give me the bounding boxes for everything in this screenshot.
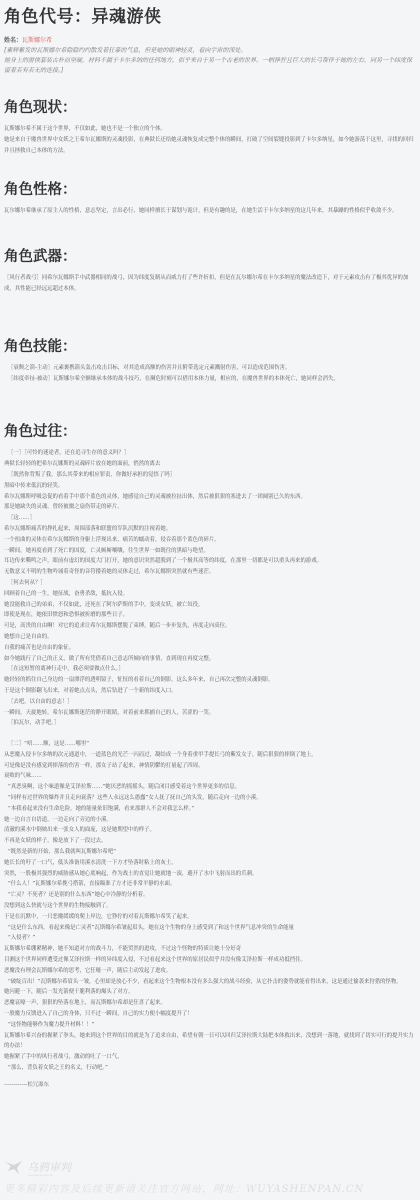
paragraph: 回顾着自己的一生，她征战，奋勇杀敌，抵抗入侵。	[4, 589, 416, 600]
paragraph: 一个扭曲的灵体在希尔瓦娜斯的身躯上浮现出来，痛苦的蠕动着，侵吞着那个蓝色的碎片。	[4, 535, 416, 546]
intro-line: [素辉紫发的瓦斯娜尔希隐隐约约散发着狂暴的气息，但是她的眼神轻灵，看向宇宙的深处…	[4, 46, 416, 56]
section-status: 角色现状： 瓦斯娜尔希不属于这个世界，不仅如此，她也不是一个独立的个体。 她是来…	[4, 98, 416, 156]
paragraph: “这是什么东西，看起来像是亡灵者”瓦斯娜尔希皱起眉头，她在这个生物的身上感受到了…	[4, 923, 416, 934]
paragraph: ［一］［可怜的迷途者，还在追寻生存的意义吗？］	[4, 448, 416, 459]
paragraph: 一瞬间，她再度看到了死亡的国度，亡灵厮厮嚷嚷，往生世界一如既往的黑暗与绝望。	[4, 546, 416, 557]
paragraph: ［纬度牵扯-被动］瓦斯娜尔希全额继承本体的战斗技巧，在濒危时刻可以借用本体力量，…	[4, 374, 416, 385]
paragraph: 那是她缺失的灵魂，曾经被噩之扇伤带走的碎片。	[4, 502, 416, 513]
paragraph: 瓦斯娜尔希不属于这个世界，不仅如此，她也不是一个独立的个体。	[4, 124, 416, 135]
paragraph: 于是这个倒影翻飞出来，对着她点点头，然后钻进了一个新的纬度入口。	[4, 686, 416, 697]
paragraph: 一股魔力反馈进入了自己的身体，只不过一瞬间，自己的实力便小幅度提升了！	[4, 1009, 416, 1020]
paragraph: 清澈的溪水中倒映出来一张女人的面庞，这是她期望中的样子。	[4, 825, 416, 836]
paragraph: “同样有过世界的爆炸并且走向衰落？这些人永远这么愚蠢”女人抚了抚自己的头发，随后…	[4, 793, 416, 804]
paragraph: 瓦斯娜尔希兴奋的握紧了拳头，她来到这个世界的目的就是为了追求自由，希望有朝一日可…	[4, 1031, 416, 1053]
paragraph: 黑暗中传来低沉的轻笑。	[4, 481, 416, 492]
section-title: 角色武器：	[4, 247, 416, 267]
paragraph: ［衰颓之箭-主动］元素裹携箭头轰击攻击目标，对其造成高额的伤害并且附带选定元素溅…	[4, 363, 416, 374]
section-past: 角色过往： ［一］［可怜的迷途者，还在追寻生存的意义吗？］ 典狱长轻轻的把希尔瓦…	[4, 422, 416, 1089]
paragraph: 瓦尔娜尔希继承了原主人的性格，意志坚定，言出必行，她同样擅长于谋划与诡计，但是有…	[4, 206, 416, 217]
paragraph: 她轻轻的抓住自己身边的一扇漂浮的透明镜子，怔怔的看着自己的倒影，这么多年来，自己…	[4, 675, 416, 686]
paragraph: “本我看起来没有生命危险，她的能量依旧饱满，看来那群人不会对我怎么样。”	[4, 804, 416, 815]
section-title: 角色过往：	[4, 422, 416, 442]
section-weapon: 角色武器： ［风行者战弓］同希尔瓦娜斯手中武器相同的战弓，因为纬度复制从而威力打…	[4, 247, 416, 295]
paragraph: 于是在沉默中，一只恶魔缓缓的爬上岸边，它狰狞的对着瓦斯娜尔希笑了起来。	[4, 912, 416, 923]
watermark-logo-subtext: wuyashenpan.cn	[28, 1173, 404, 1177]
section-skills: 角色技能： ［衰颓之箭-主动］元素裹携箭头轰击攻击目标，对其造成高额的伤害并且附…	[4, 337, 416, 385]
paragraph: ［既然你背叛了我，那么其带来的相应罪责，你做好承担的觉悟了吗］	[4, 470, 416, 481]
paragraph: “什么人！”瓦斯娜尔希挽弓搭箭，直接瞄准了方才还非常平静的水面。	[4, 879, 416, 890]
paragraph: ［去吧，以自由的意志！］	[4, 697, 416, 708]
paragraph: 希尔瓦娜斯痛苦的挣扎起来，周围部落和联盟的军队沉默的注视着她。	[4, 524, 416, 535]
page-title: 角色代号：异魂游侠	[4, 6, 416, 28]
paragraph: 从恶魔入侵卡尔多纳的次元通道中，一道蓝色的光芒一闪而过，凝结成一个身着重甲手提长…	[4, 750, 416, 761]
paragraph: 她没能救自己的弟弟，不仅如此，还死在了阿尔萨斯的手中，变成女妖，被亡奴役。	[4, 600, 416, 611]
paragraph: “破绽百出！”瓦斯娜尔希眉头一皱，心里却是放心不少，看起来这个生物根本没有多么强…	[4, 977, 416, 988]
blank-line	[4, 729, 416, 739]
paragraph: 希尔瓦娜斯呼吸急促的看着手中那个蓝色的灵体，她感觉自己的灵魂被拉扯出体，然后被狠…	[4, 492, 416, 503]
watermark-text: 更多精彩内容及后续更新请关注官方网站，网址：WUYASHENPAN.CN	[4, 1180, 404, 1195]
paragraph: 她想自己是自由的。	[4, 632, 416, 643]
author-signature: ------------松冗瀑东	[4, 1080, 416, 1090]
past-story: ［一］［可怜的迷途者，还在追寻生存的意义吗？］ 典狱长轻轻的把希尔瓦娜斯的灵魂碎…	[4, 448, 416, 1073]
paragraph: ［这……］	[4, 513, 416, 524]
paragraph: 如今她践行了自己的正义，做了所有凭借着自己意志所倾向的事情，直到现在再度完整。	[4, 654, 416, 665]
paragraph: 耳边传来嘶鸣之声，眼前有虚幻的国度大门打开，她的意识突然超脱到了一个极其高等的纬…	[4, 556, 416, 567]
section-title: 角色技能：	[4, 337, 416, 357]
paragraph: 可是，高贵的自由啊！对它的追求让希尔瓦娜斯摆脱了束缚，随后一步步复仇，再度走向高…	[4, 621, 416, 632]
paragraph: 一瞬间，天旋地转，希尔瓦娜斯迷茫的睁开眼睛，对着前来抓捕自己的人，苦涩的一笑。	[4, 708, 416, 719]
document-page: 角色代号：异魂游侠 姓名：瓦斯娜尔希 [素辉紫发的瓦斯娜尔希隐隐约约散发着狂暴的…	[0, 0, 420, 1090]
paragraph: 她是来自于魔兽世界中女妖之王希尔瓦娜斯的灵魂投影，在典狱长还给她灵魂恢复成完整个…	[4, 135, 416, 157]
paragraph: “这怪物能够作为魔力提升材料！！”	[4, 1020, 416, 1031]
paragraph: 无数意义不明的生物吟诵着奇怪的音符搂着她的灵体走过，希尔瓦娜斯突然就有些迷茫。	[4, 567, 416, 578]
name-line: 姓名：瓦斯娜尔希	[4, 36, 416, 45]
paragraph: 她一边自言自语道，一边走向了旁边的小溪。	[4, 815, 416, 826]
paragraph: ［在这短暂的离神行走中，我必须要做点什么。］	[4, 664, 416, 675]
paragraph: ［二］“唔……额，这是……哪里”	[4, 739, 416, 750]
intro-line: 她身上的游侠套装古朴而坚硬，材料不属于卡尔多纳的任何地方，似乎来自于另一个古老的…	[4, 56, 416, 76]
paragraph: 她握紧了手中的风行者战弓，激动的吐了一口气。	[4, 1052, 416, 1063]
paragraph: 自我的痛苦也是自由的象征。	[4, 643, 416, 654]
paragraph: 瓦斯娜尔希绷紧精神，她不知道对方的战斗力，不能贸然的进攻，不过这个怪物的特质让她…	[4, 944, 416, 955]
paragraph: 她闪避一下，随后一发光箭便干脆利落的爆头了对方。	[4, 987, 416, 998]
paragraph: 可是像是没有感觉到摔落的伤害一样，那女子站了起来，神情阴鬱的打量起了四周。	[4, 761, 416, 772]
paragraph: 典狱长轻轻的把希尔瓦娜斯的灵魂碎片放在她的面前，悄然的离去	[4, 459, 416, 470]
name-value: 瓦斯娜尔希	[22, 37, 52, 44]
section-title: 角色性格：	[4, 180, 416, 200]
paragraph: 即使是现在，她依旧愤怒和恐惧被折磨的那些日子。	[4, 610, 416, 621]
paragraph: “那么，背负着女妖之王的名义，行动吧。”	[4, 1063, 416, 1074]
section-title: 角色现状：	[4, 98, 416, 118]
paragraph: 突然，一股极其强烈的威胁感从她心底响起，作为战士的直觉让她就地一滚，避开了水中飞…	[4, 869, 416, 880]
paragraph: ［伯瓦尔，动手吧。］	[4, 718, 416, 729]
watermark: 乌鸦审判 wuyashenpan.cn 更多精彩内容及后续更新请关注官方网站，网…	[4, 1158, 404, 1195]
paragraph: ［风行者战弓］同希尔瓦娜斯手中武器相同的战弓，因为纬度复制从而威力打了些许折扣，…	[4, 273, 416, 295]
paragraph: “亡灵？不死者？还是别的什么东西”她心中冷静的分析着。	[4, 890, 416, 901]
paragraph: 恶魔没有理会瓦斯娜尔希的思考，它狂嚎一声，随后主动发起了进攻。	[4, 966, 416, 977]
paragraph: 不再是女妖的样子，像是放下了一段过去。	[4, 836, 416, 847]
crow-icon	[4, 1159, 24, 1175]
paragraph: 没想到这么快就与这个世界的生物接触到了。	[4, 901, 416, 912]
paragraph: ［何去何从？］	[4, 578, 416, 589]
paragraph: 她长长的吁了一口气，低头准备用溪水清洗一下方才坠落时粘上的灰土。	[4, 858, 416, 869]
paragraph: “入侵者？”	[4, 933, 416, 944]
paragraph: 恶魔哀嚎一声，狠狠的坠落在地上，而瓦斯娜尔希却是狂喜了起来。	[4, 998, 416, 1009]
paragraph: “既然是新的开始，那么我就叫瓦斯娜尔希吧”	[4, 847, 416, 858]
paragraph: 衰败的气味……	[4, 771, 416, 782]
paragraph: “真恶臭啊，这个味道像是艾泽拉斯……”她厌恶的摇摇头，随后闭目感受着这个世界更多…	[4, 782, 416, 793]
name-label: 姓名：	[4, 37, 22, 44]
section-personality: 角色性格： 瓦尔娜尔希继承了原主人的性格，意志坚定，言出必行，她同样擅长于谋划与…	[4, 180, 416, 217]
paragraph: 目测这个世界同样遭受过像艾泽拉斯一样的异纬度入侵，不过看起来这个世界的原居民似乎…	[4, 955, 416, 966]
